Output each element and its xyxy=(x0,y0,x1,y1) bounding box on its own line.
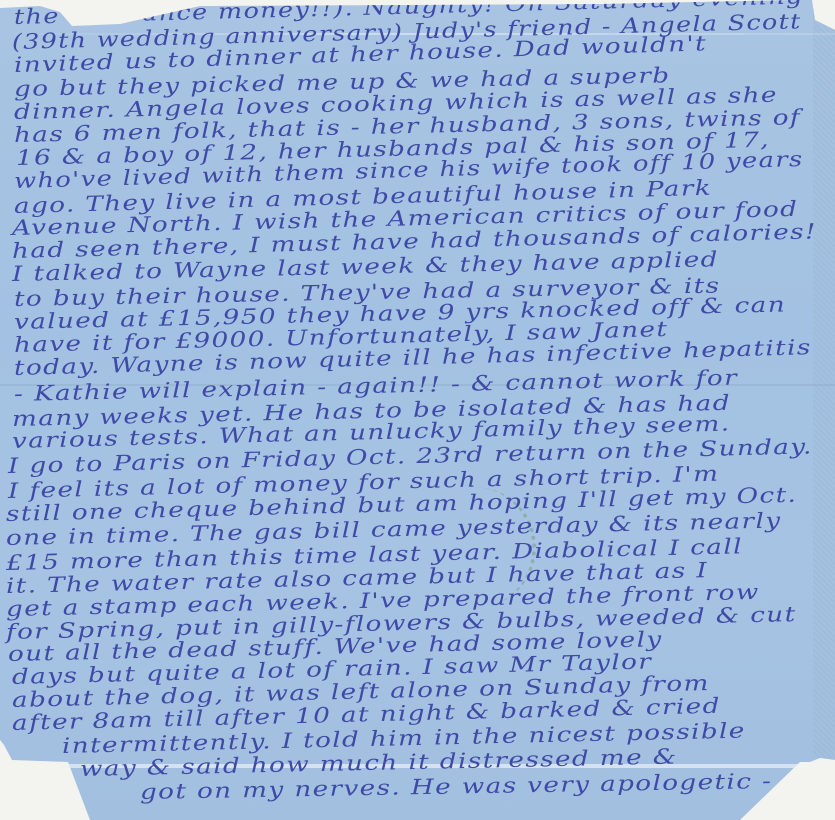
handwritten-text: the insurance money!!). Naughty! On Satu… xyxy=(0,0,835,820)
letter-sheet: the insurance money!!). Naughty! On Satu… xyxy=(0,0,835,820)
